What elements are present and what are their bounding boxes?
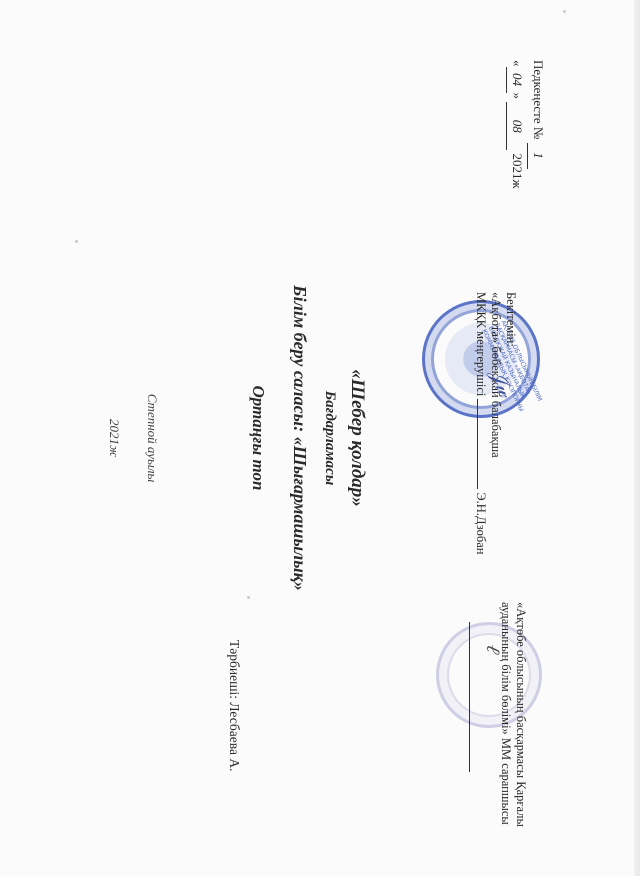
protocol-number-line: Педкеңесте № 1 xyxy=(527,60,548,188)
document-year: 2021ж xyxy=(106,0,122,876)
approval-line1: «Ақбота» бөбекжай балабақша xyxy=(488,292,503,554)
agreement-signature-line xyxy=(469,622,470,772)
protocol-block: Педкеңесте № 1 «04» 08 2021ж xyxy=(506,60,548,188)
protocol-date-line: «04» 08 2021ж xyxy=(506,60,527,188)
signature-line xyxy=(477,399,478,489)
approval-heading: Бекітемін: xyxy=(503,292,518,554)
approver-name: Э.Н.Дзобан xyxy=(474,492,488,554)
teacher-label: Тәрбиеші: xyxy=(227,640,242,699)
agreement-line1: «Ақтөбе облысының басқармасы Қарғалы xyxy=(513,602,528,827)
program-subtitle: Бағдарламасы xyxy=(321,0,338,876)
teacher-name: Лесбаева А. xyxy=(227,702,242,771)
approval-line2: МКҚК меңгерушісі xyxy=(474,292,488,396)
scan-speck xyxy=(563,10,566,13)
agreement-block: «Ақтөбе облысының басқармасы Қарғалы ауд… xyxy=(469,602,528,827)
protocol-label: Педкеңесте № xyxy=(531,60,546,139)
group-name: Ортаңғы топ xyxy=(248,0,268,876)
scan-speck xyxy=(247,596,250,599)
scan-speck xyxy=(75,240,78,243)
protocol-day: 04 xyxy=(506,67,527,93)
teacher-line: Тәрбиеші: Лесбаева А. xyxy=(226,640,242,771)
date-close-quote: » xyxy=(510,93,525,100)
protocol-year: 2021ж xyxy=(510,154,525,189)
protocol-number: 1 xyxy=(527,143,548,169)
document-page: Педкеңесте № 1 «04» 08 2021ж АҚТӨБЕ ОБЛЫ… xyxy=(0,0,640,876)
village-name: Степной ауылы xyxy=(144,0,160,876)
protocol-month: 08 xyxy=(506,102,527,150)
program-title: «Шебер қолдар» xyxy=(346,0,368,876)
approval-sign-row: МКҚК меңгерушісіЭ.Н.Дзобан xyxy=(473,292,488,554)
approval-block: Бекітемін: «Ақбота» бөбекжай балабақша М… xyxy=(473,292,518,554)
agreement-line2: ауданының білім бөлімі» ММ сарапшысы xyxy=(498,602,513,827)
education-field: Білім беру саласы: «Шығармашылық» xyxy=(289,0,310,876)
